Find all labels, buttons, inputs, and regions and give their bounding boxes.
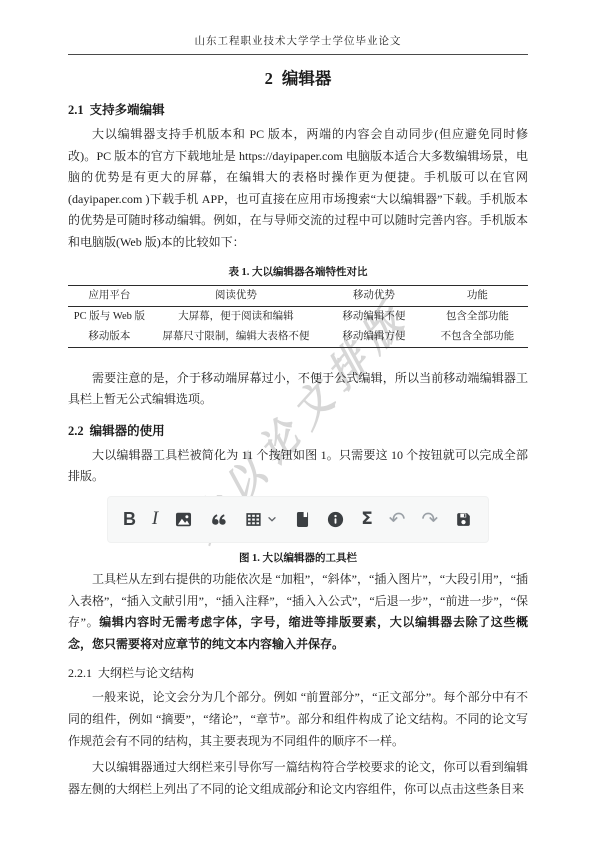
subsection-heading-2-2-1: 2.2.1大纲栏与论文结构: [68, 664, 528, 682]
paragraph: 一般来说，论文会分为几个部分。例如 “前置部分”，“正文部分”。每个部分中有不同…: [68, 687, 528, 752]
insert-table-button-group: [244, 510, 278, 529]
table-header-cell: 功能: [427, 285, 528, 306]
insert-image-icon: [174, 510, 193, 529]
table-cell: 移动版本: [68, 327, 151, 348]
table-header-cell: 移动优势: [321, 285, 427, 306]
section-heading-2-2: 2.2编辑器的使用: [68, 423, 528, 440]
table-header-cell: 应用平台: [68, 285, 151, 306]
editor-toolbar-figure: B I Σ ↶: [107, 496, 489, 543]
paragraph: 大以编辑器工具栏被简化为 11 个按钮如图 1。只需要这 10 个按钮就可以完成…: [68, 445, 528, 488]
subsection-number: 2.2.1: [68, 666, 92, 680]
table-header-cell: 阅读优势: [151, 285, 321, 306]
table-cell: PC 版与 Web 版: [68, 306, 151, 327]
comparison-table: 应用平台 阅读优势 移动优势 功能 PC 版与 Web 版 大屏幕，便于阅读和编…: [68, 285, 528, 348]
page-content: 山东工程职业技术大学学士学位毕业论文 2编辑器 2.1支持多端编辑 大以编辑器支…: [0, 0, 595, 800]
table-header-row: 应用平台 阅读优势 移动优势 功能: [68, 285, 528, 306]
table-cell: 移动编辑方便: [321, 327, 427, 348]
chapter-title-text: 编辑器: [282, 70, 332, 88]
insert-citation-icon: [294, 510, 311, 529]
figure-caption: 图 1. 大以编辑器的工具栏: [68, 552, 528, 566]
header-rule: [68, 54, 528, 55]
paragraph: 大以编辑器支持手机版本和 PC 版本，两端的内容会自动同步(但应避免同时修改)。…: [68, 124, 528, 254]
document-page: 大以论文排版 山东工程职业技术大学学士学位毕业论文 2编辑器 2.1支持多端编辑…: [0, 0, 595, 842]
table-cell: 屏幕尺寸限制，编辑大表格不便: [151, 327, 321, 348]
table-cell: 大屏幕，便于阅读和编辑: [151, 306, 321, 327]
section-number: 2.1: [68, 103, 84, 117]
insert-table-icon: [244, 510, 263, 529]
section-heading-2-1: 2.1支持多端编辑: [68, 102, 528, 119]
table-cell: 包含全部功能: [427, 306, 528, 327]
paragraph: 工具栏从左到右提供的功能依次是 “加粗”，“斜体”，“插入图片”，“大段引用”，…: [68, 569, 528, 655]
blockquote-icon: [209, 510, 228, 529]
subsection-title: 大纲栏与论文结构: [98, 666, 194, 680]
running-head: 山东工程职业技术大学学士学位毕业论文: [68, 0, 528, 49]
chapter-number: 2: [265, 69, 273, 88]
table-row: PC 版与 Web 版 大屏幕，便于阅读和编辑 移动编辑不便 包含全部功能: [68, 306, 528, 327]
undo-icon: ↶: [389, 509, 406, 529]
redo-icon: ↷: [421, 509, 438, 529]
section-title: 编辑器的使用: [90, 424, 165, 438]
table-cell: 移动编辑不便: [321, 306, 427, 327]
page-number: 2: [0, 787, 595, 798]
table-caption: 表 1. 大以编辑器各端特性对比: [68, 266, 528, 280]
chevron-down-icon: [266, 513, 278, 525]
chapter-title: 2编辑器: [68, 68, 528, 90]
italic-icon: I: [152, 508, 158, 530]
table-cell: 不包含全部功能: [427, 327, 528, 348]
insert-note-icon: [326, 510, 345, 529]
insert-formula-icon: Σ: [361, 509, 373, 529]
paragraph: 需要注意的是，介于移动端屏幕过小，不便于公式编辑，所以当前移动端编辑器工具栏上暂…: [68, 368, 528, 411]
bold-icon: B: [123, 509, 136, 530]
paragraph-bold-run: 编辑内容时无需考虑字体，字号，缩进等排版要素，大以编辑器去除了这些概念，您只需要…: [68, 615, 528, 651]
save-icon: [454, 510, 473, 529]
section-number: 2.2: [68, 424, 84, 438]
table-row: 移动版本 屏幕尺寸限制，编辑大表格不便 移动编辑方便 不包含全部功能: [68, 327, 528, 348]
section-title: 支持多端编辑: [90, 103, 165, 117]
